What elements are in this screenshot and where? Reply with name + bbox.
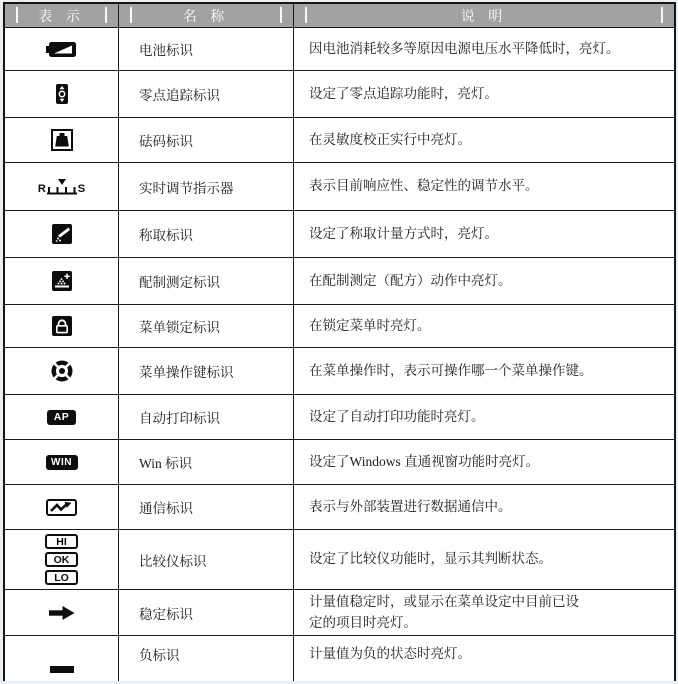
comparator-ok-label: OK (54, 554, 70, 566)
formulation-icon (52, 271, 72, 291)
header-label-display: 表 示 (38, 6, 85, 26)
table-row: 电池标识 因电池消耗较多等原因电源电压水平降低时，亮灯。 (5, 27, 674, 70)
comparator-hi-label: HI (56, 536, 67, 548)
header-tick (305, 7, 307, 23)
auto-print-icon: AP (47, 410, 76, 425)
symbol-description: 设定了称取计量方式时，亮灯。 (309, 224, 498, 245)
symbol-name: 负标识 (139, 644, 180, 664)
symbol-name: 砝码标识 (139, 130, 193, 150)
header-tick (16, 7, 18, 23)
table-row: 负标识 计量值为负的状态时亮灯。 (5, 635, 674, 681)
table-row: 称取标识 设定了称取计量方式时，亮灯。 (5, 210, 674, 257)
symbol-description: 计量值稳定时，或显示在菜单设定中目前已设 定的项目时亮灯。 (309, 592, 579, 634)
symbol-table: 表 示 名 称 说 明 电池标识 因电池消耗较多等原因电源电压水平降低时，亮灯。 (3, 2, 676, 681)
comparator-hi-icon: HI (45, 534, 78, 549)
symbol-description: 在配制测定（配方）动作中亮灯。 (309, 271, 512, 292)
symbol-cell (5, 636, 118, 681)
stable-icon (49, 605, 75, 621)
symbol-cell (5, 348, 118, 394)
table-row: 菜单锁定标识 在锁定菜单时亮灯。 (5, 304, 674, 347)
menu-lock-icon (52, 316, 72, 336)
symbol-name: 比较仪标识 (139, 550, 207, 570)
win-label: WIN (51, 457, 72, 468)
communication-waveform-icon (49, 501, 74, 513)
header-label-description: 说 明 (461, 6, 508, 26)
symbol-cell (5, 118, 118, 162)
header-tick (105, 7, 107, 23)
table-header-row: 表 示 名 称 说 明 (5, 4, 674, 27)
symbol-name: 零点追踪标识 (139, 84, 220, 104)
header-cell-name: 名 称 (118, 4, 293, 27)
symbol-name: 通信标识 (139, 497, 193, 517)
header-label-name: 名 称 (183, 6, 230, 26)
symbol-name: 稳定标识 (139, 603, 193, 623)
symbol-cell: R S (5, 163, 118, 210)
zero-tracking-icon (55, 84, 69, 104)
symbol-description: 设定了自动打印功能时亮灯。 (309, 407, 485, 428)
symbol-description: 计量值为负的状态时亮灯。 (309, 644, 471, 665)
symbol-name: Win 标识 (139, 452, 192, 472)
comparator-icon: HI OK LO (45, 534, 78, 585)
table-row: 零点追踪标识 设定了零点追踪功能时，亮灯。 (5, 70, 674, 117)
symbol-cell (5, 258, 118, 304)
symbol-name: 实时调节指示器 (139, 177, 234, 197)
response-indicator-s-label: S (78, 183, 85, 195)
header-cell-display: 表 示 (5, 4, 118, 27)
symbol-cell (5, 28, 118, 70)
table-row: WIN Win 标识 设定了Windows 直通视窗功能时亮灯。 (5, 439, 674, 484)
symbol-cell (5, 71, 118, 117)
symbol-description: 因电池消耗较多等原因电源电压水平降低时，亮灯。 (309, 39, 620, 60)
table-row: 配制测定标识 在配制测定（配方）动作中亮灯。 (5, 257, 674, 304)
symbol-name: 菜单操作键标识 (139, 361, 234, 381)
symbol-cell (5, 485, 118, 529)
symbol-description: 表示目前响应性、稳定性的调节水平。 (309, 176, 539, 197)
weighing-mode-icon (52, 224, 72, 244)
comparator-ok-icon: OK (45, 552, 78, 567)
symbol-cell (5, 211, 118, 257)
response-indicator-icon: R S (38, 179, 85, 195)
header-tick (130, 7, 132, 23)
negative-icon (50, 666, 74, 673)
symbol-description: 设定了Windows 直通视窗功能时亮灯。 (309, 452, 539, 473)
symbol-cell: WIN (5, 440, 118, 484)
header-cell-description: 说 明 (293, 4, 674, 27)
table-row: 砝码标识 在灵敏度校正实行中亮灯。 (5, 117, 674, 162)
table-row: 菜单操作键标识 在菜单操作时，表示可操作哪一个菜单操作键。 (5, 347, 674, 394)
symbol-name: 菜单锁定标识 (139, 316, 220, 336)
table-row: 稳定标识 计量值稳定时，或显示在菜单设定中目前已设 定的项目时亮灯。 (5, 589, 674, 635)
symbol-cell (5, 305, 118, 347)
symbol-name: 配制测定标识 (139, 271, 220, 291)
symbol-description: 表示与外部装置进行数据通信中。 (309, 497, 512, 518)
calibration-weight-icon (51, 129, 73, 151)
table-row: HI OK LO 比较仪标识 设定了比较仪功能时，显示其判断状态。 (5, 529, 674, 589)
communication-icon (46, 499, 77, 516)
table-row: 通信标识 表示与外部装置进行数据通信中。 (5, 484, 674, 529)
symbol-description: 在灵敏度校正实行中亮灯。 (309, 130, 471, 151)
symbol-cell: HI OK LO (5, 530, 118, 589)
symbol-cell: AP (5, 395, 118, 439)
response-scale-icon (47, 179, 77, 195)
comparator-lo-label: LO (54, 572, 69, 584)
table-row: AP 自动打印标识 设定了自动打印功能时亮灯。 (5, 394, 674, 439)
auto-print-label: AP (54, 411, 70, 423)
menu-key-icon (51, 360, 73, 382)
manual-page: { "table": { "header": { "col1": "表 示", … (0, 0, 678, 684)
header-tick (661, 7, 663, 23)
comparator-lo-icon: LO (45, 570, 78, 585)
battery-icon (46, 41, 77, 58)
table-row: R S 实时调节指示器 表示目前响应性、稳定性的调节水平。 (5, 162, 674, 210)
symbol-description: 设定了零点追踪功能时，亮灯。 (309, 84, 498, 105)
symbol-description: 在锁定菜单时亮灯。 (309, 316, 431, 337)
symbol-cell (5, 590, 118, 635)
symbol-name: 称取标识 (139, 224, 193, 244)
symbol-description: 在菜单操作时，表示可操作哪一个菜单操作键。 (309, 361, 593, 382)
header-tick (280, 7, 282, 23)
symbol-name: 自动打印标识 (139, 407, 220, 427)
win-icon: WIN (46, 455, 78, 470)
symbol-description: 设定了比较仪功能时，显示其判断状态。 (309, 549, 552, 570)
response-indicator-r-label: R (38, 183, 46, 195)
symbol-name: 电池标识 (139, 39, 193, 59)
